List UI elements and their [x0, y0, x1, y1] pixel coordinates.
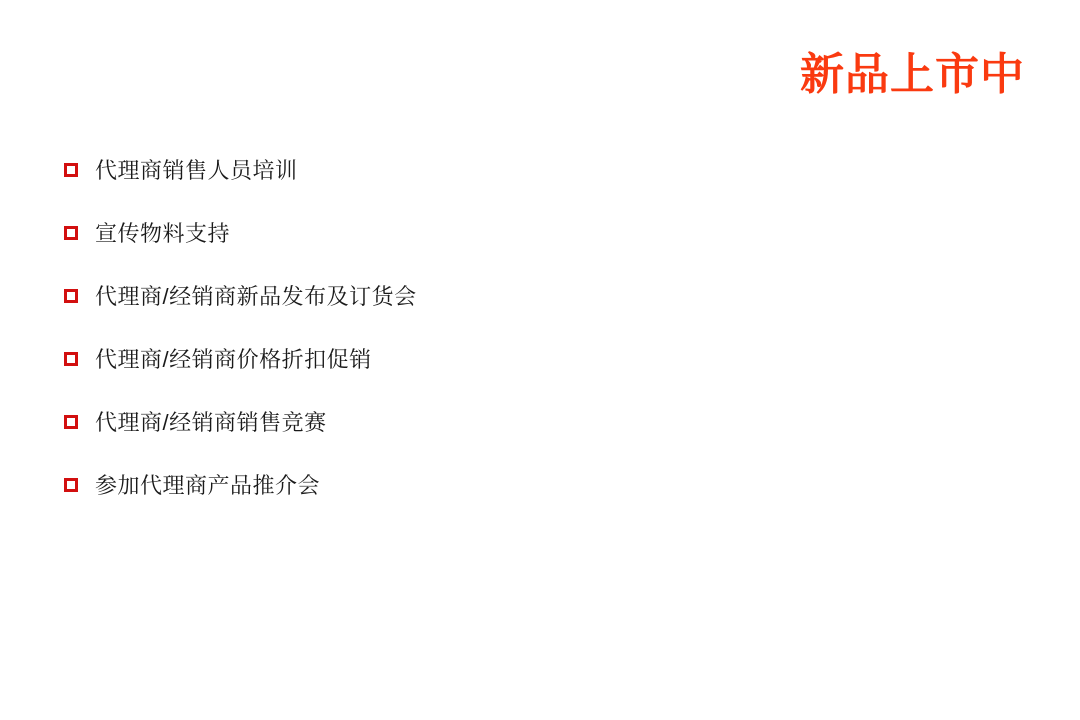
square-bullet-icon — [64, 478, 78, 492]
list-item: 代理商销售人员培训 — [64, 157, 1040, 182]
list-item-label: 代理商/经销商销售竞赛 — [95, 406, 327, 437]
square-bullet-icon — [64, 415, 78, 429]
list-item-label: 代理商/经销商新品发布及订货会 — [95, 280, 417, 311]
slide-canvas: 新品上市中 代理商销售人员培训 宣传物料支持 代理商/经销商新品发布及订货会 代… — [0, 0, 1080, 720]
list-item: 宣传物料支持 — [64, 220, 1040, 245]
list-item-label: 参加代理商产品推介会 — [95, 469, 320, 500]
list-item: 代理商/经销商销售竞赛 — [64, 409, 1040, 434]
bullet-list: 代理商销售人员培训 宣传物料支持 代理商/经销商新品发布及订货会 代理商/经销商… — [64, 157, 1040, 535]
square-bullet-icon — [64, 226, 78, 240]
slide-title: 新品上市中 — [800, 38, 1025, 102]
list-item-label: 宣传物料支持 — [95, 217, 230, 248]
square-bullet-icon — [64, 289, 78, 303]
square-bullet-icon — [64, 352, 78, 366]
list-item: 代理商/经销商新品发布及订货会 — [64, 283, 1040, 308]
list-item: 参加代理商产品推介会 — [64, 472, 1040, 497]
square-bullet-icon — [64, 163, 78, 177]
list-item-label: 代理商/经销商价格折扣促销 — [95, 343, 372, 374]
list-item: 代理商/经销商价格折扣促销 — [64, 346, 1040, 371]
list-item-label: 代理商销售人员培训 — [95, 154, 298, 185]
